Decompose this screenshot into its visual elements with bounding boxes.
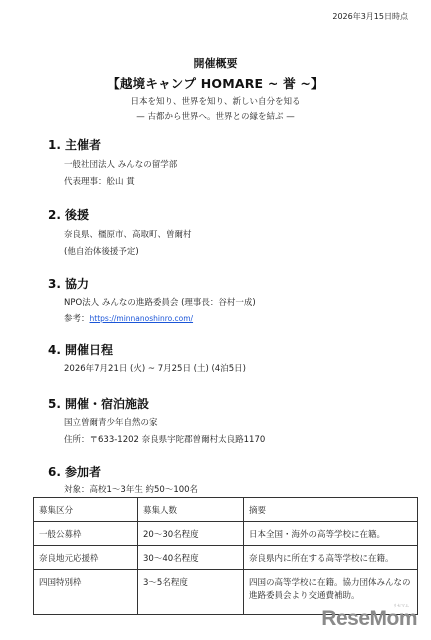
camp-name: 【越境キャンプ HOMARE ~ 誉 ~】 [0,74,431,92]
section-number: 3. [48,277,65,291]
resemom-logo: ReseMom [321,607,417,631]
participants-target: 対象：高校1～3年生 約50～100名 [64,483,198,495]
section-title: 参加者 [65,465,101,479]
section-title: 主催者 [65,138,101,152]
reference-label: 参考： [64,314,90,324]
table-cell: 奈良県内に所在する高等学校に在籍。 [244,546,418,570]
supporters: 奈良県、橿原市、高取町、曽爾村 [64,228,192,240]
organizer-representative: 代表理事：舩山 貫 [64,175,135,187]
venue-name: 国立曽爾青少年自然の家 [64,416,158,428]
section-heading-venue: 5.開催・宿泊施設 [48,395,149,412]
table-cell: 20～30名程度 [138,522,244,546]
reference: 参考：https://minnanoshinro.com/ [64,312,193,324]
table-header-cell: 摘要 [244,498,418,522]
section-title: 開催・宿泊施設 [65,397,149,411]
tagline-2: — 古都から世界へ。世界との縁を結ぶ — [0,110,431,122]
section-number: 2. [48,208,65,222]
section-title: 開催日程 [65,343,113,357]
schedule-dates: 2026年7月21日 (火) ~ 7月25日 (土) (4泊5日) [64,362,246,374]
section-title: 後援 [65,208,89,222]
organizer-name: 一般社団法人 みんなの留学部 [64,158,177,170]
section-number: 6. [48,465,65,479]
table-header-row: 募集区分 募集人数 摘要 [34,498,418,522]
cooperator: NPO法人 みんなの進路委員会 (理事長：谷村一成) [64,296,256,308]
page-title: 開催概要 [0,55,431,71]
section-number: 5. [48,397,65,411]
supporters-note: (他自治体後援予定) [64,245,139,257]
table-cell: 3～5名程度 [138,570,244,615]
table-header-cell: 募集区分 [34,498,138,522]
venue-address: 住所：〒633-1202 奈良県宇陀郡曽爾村太良路1170 [64,433,265,445]
section-number: 1. [48,138,65,152]
section-heading-participants: 6.参加者 [48,463,101,480]
table-row: 一般公募枠 20～30名程度 日本全国・海外の高等学校に在籍。 [34,522,418,546]
table-header-cell: 募集人数 [138,498,244,522]
table-cell: 奈良地元応援枠 [34,546,138,570]
section-heading-support: 2.後援 [48,206,89,223]
section-title: 協力 [65,277,89,291]
section-heading-cooperation: 3.協力 [48,275,89,292]
table-cell: 30～40名程度 [138,546,244,570]
section-number: 4. [48,343,65,357]
table-cell: 四国特別枠 [34,570,138,615]
table-row: 奈良地元応援枠 30～40名程度 奈良県内に所在する高等学校に在籍。 [34,546,418,570]
section-heading-schedule: 4.開催日程 [48,341,113,358]
reference-link[interactable]: https://minnanoshinro.com/ [90,314,194,323]
recruitment-table: 募集区分 募集人数 摘要 一般公募枠 20～30名程度 日本全国・海外の高等学校… [33,497,418,615]
as-of-date: 2026年3月15日時点 [332,11,408,22]
table-cell: 日本全国・海外の高等学校に在籍。 [244,522,418,546]
table-cell: 一般公募枠 [34,522,138,546]
tagline-1: 日本を知り、世界を知り、新しい自分を知る [0,95,431,107]
section-heading-organizer: 1.主催者 [48,136,101,153]
